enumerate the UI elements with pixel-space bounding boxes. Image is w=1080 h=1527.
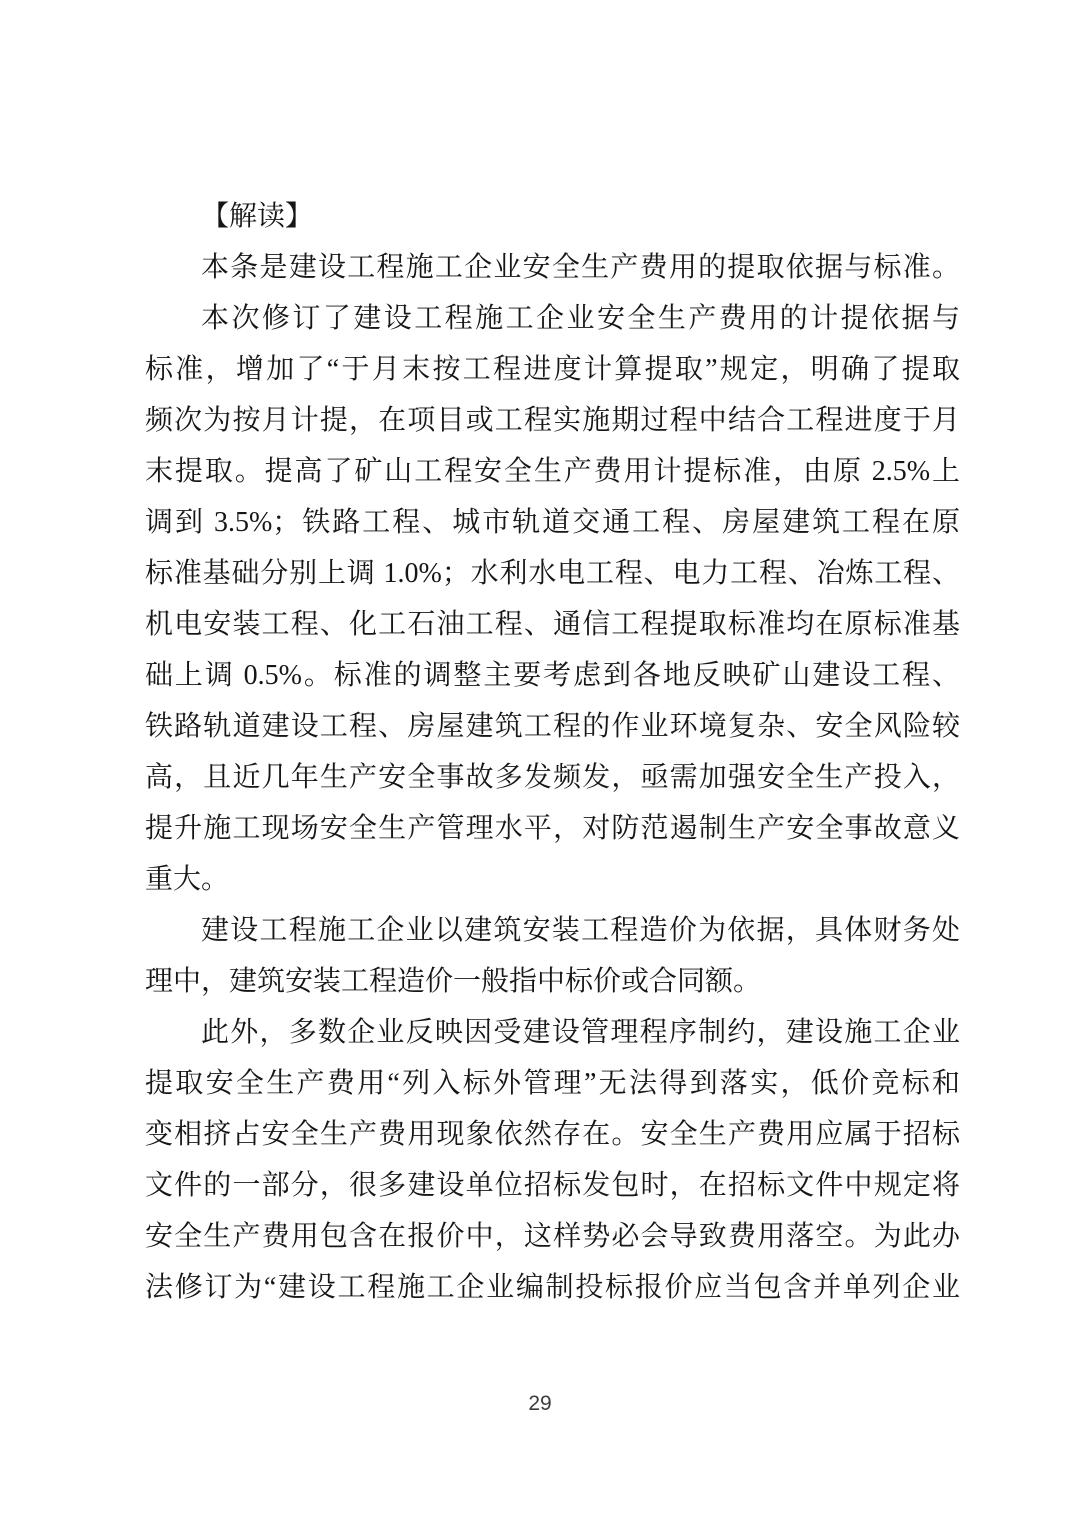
text-line: 建设工程施工企业以建筑安装工程造价为依据，具体财务处 <box>145 905 960 956</box>
text-line: 提升施工现场安全生产管理水平，对防范遏制生产安全事故意义 <box>145 803 960 854</box>
section-heading: 【解读】 <box>145 191 960 242</box>
text-line: 提取安全生产费用“列入标外管理”无法得到落实，低价竞标和 <box>145 1058 960 1109</box>
text-line: 频次为按月计提，在项目或工程实施期过程中结合工程进度于月 <box>145 395 960 446</box>
text-line: 调到 3.5%；铁路工程、城市轨道交通工程、房屋建筑工程在原 <box>145 497 960 548</box>
text-line: 安全生产费用包含在报价中，这样势必会导致费用落空。为此办 <box>145 1211 960 1262</box>
page-footer: 29 <box>0 1390 1080 1418</box>
page-number: 29 <box>528 1392 551 1415</box>
text-line: 本条是建设工程施工企业安全生产费用的提取依据与标准。 <box>145 242 960 293</box>
text-line: 高，且近几年生产安全事故多发频发，亟需加强安全生产投入， <box>145 752 960 803</box>
text-line: 铁路轨道建设工程、房屋建筑工程的作业环境复杂、安全风险较 <box>145 701 960 752</box>
text-line: 此外，多数企业反映因受建设管理程序制约，建设施工企业 <box>145 1007 960 1058</box>
text-line: 变相挤占安全生产费用现象依然存在。安全生产费用应属于招标 <box>145 1109 960 1160</box>
text-line: 末提取。提高了矿山工程安全生产费用计提标准，由原 2.5%上 <box>145 446 960 497</box>
text-line: 标准，增加了“于月末按工程进度计算提取”规定，明确了提取 <box>145 344 960 395</box>
text-line: 标准基础分别上调 1.0%；水利水电工程、电力工程、冶炼工程、 <box>145 548 960 599</box>
text-line: 法修订为“建设工程施工企业编制投标报价应当包含并单列企业 <box>145 1262 960 1313</box>
text-line: 机电安装工程、化工石油工程、通信工程提取标准均在原标准基 <box>145 599 960 650</box>
text-line: 础上调 0.5%。标准的调整主要考虑到各地反映矿山建设工程、 <box>145 650 960 701</box>
document-page: 【解读】 本条是建设工程施工企业安全生产费用的提取依据与标准。 本次修订了建设工… <box>0 0 1080 1527</box>
text-line: 文件的一部分，很多建设单位招标发包时，在招标文件中规定将 <box>145 1160 960 1211</box>
document-body: 【解读】 本条是建设工程施工企业安全生产费用的提取依据与标准。 本次修订了建设工… <box>145 191 960 1313</box>
text-line: 重大。 <box>145 854 960 905</box>
text-line: 理中，建筑安装工程造价一般指中标价或合同额。 <box>145 956 960 1007</box>
text-line: 本次修订了建设工程施工企业安全生产费用的计提依据与 <box>145 293 960 344</box>
